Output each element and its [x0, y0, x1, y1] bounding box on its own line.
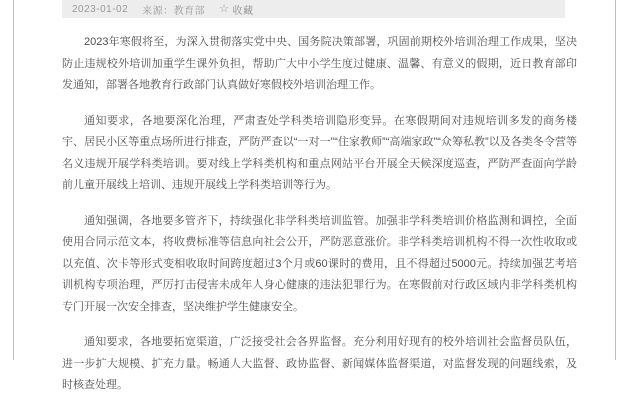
- favorite-button[interactable]: ☆ 收藏: [219, 2, 253, 17]
- paragraph: 通知要求，各地要深化治理，严肃查处学科类培训隐形变异。在寒假期间对违规培训多发的…: [62, 111, 577, 197]
- article-meta-bar: 2023-01-02 来源：教育部 ☆ 收藏: [62, 0, 565, 18]
- favorite-label: 收藏: [233, 2, 254, 17]
- favorite-star-icon: ☆: [219, 4, 229, 15]
- article-body: 2023年寒假将至，为深入贯彻落实党中央、国务院决策部署，巩固前期校外培训治理工…: [62, 18, 577, 360]
- publish-date: 2023-01-02: [72, 4, 128, 15]
- article-page: 2023-01-02 来源：教育部 ☆ 收藏 2023年寒假将至，为深入贯彻落实…: [13, 0, 616, 360]
- paragraph: 2023年寒假将至，为深入贯彻落实党中央、国务院决策部署，巩固前期校外培训治理工…: [62, 32, 577, 97]
- paragraph: 通知要求，各地要拓宽渠道，广泛接受社会各界监督。充分利用好现有的校外培训社会监督…: [62, 332, 577, 360]
- source-label: 来源：教育部: [142, 2, 205, 17]
- paragraph: 通知强调，各地要多管齐下，持续强化非学科类培训监管。加强非学科类培训价格监测和调…: [62, 211, 577, 319]
